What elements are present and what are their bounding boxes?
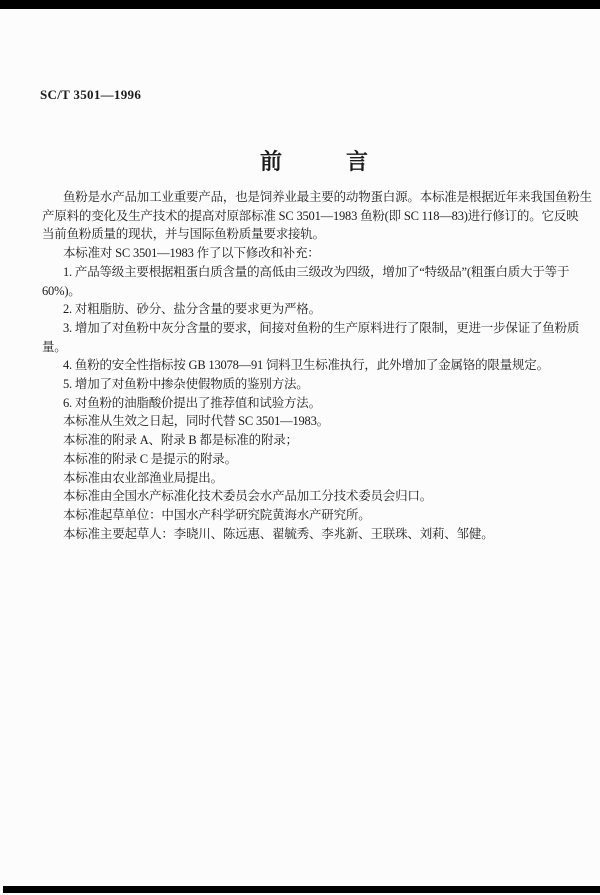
text-line: 2. 对粗脂肪、砂分、盐分含量的要求更为严格。 [42, 300, 556, 319]
text-line: 60%)。 [42, 282, 556, 301]
text-line: 本标准起草单位：中国水产科学研究院黄海水产研究所。 [42, 506, 556, 525]
text-line: 本标准的附录 A、附录 B 都是标准的附录； [42, 431, 556, 450]
text-line: 1. 产品等级主要根据粗蛋白质含量的高低由三级改为四级，增加了“特级品”(粗蛋白… [42, 263, 556, 282]
page-title: 前 言 [260, 149, 368, 175]
text-line: 鱼粉是水产品加工业重要产品，也是饲养业最主要的动物蛋白源。本标准是根据近年来我国… [42, 188, 556, 207]
document-page: SC/T 3501—1996 前 言 鱼粉是水产品加工业重要产品，也是饲养业最主… [0, 0, 600, 895]
scan-edge-top [0, 0, 600, 9]
text-line: 本标准由全国水产标准化技术委员会水产品加工分技术委员会归口。 [42, 487, 556, 506]
text-line: 5. 增加了对鱼粉中掺杂使假物质的鉴别方法。 [42, 375, 556, 394]
text-line: 本标准主要起草人：李晓川、陈远惠、翟毓秀、李兆新、王联珠、刘莉、邹健。 [42, 525, 556, 544]
text-line: 当前鱼粉质量的现状，并与国际鱼粉质量要求接轨。 [42, 225, 556, 244]
text-line: 量。 [42, 338, 556, 357]
text-line: 本标准的附录 C 是提示的附录。 [42, 450, 556, 469]
page-title-char-left: 前 [260, 149, 282, 175]
page-title-char-right: 言 [346, 149, 368, 175]
body-text: 鱼粉是水产品加工业重要产品，也是饲养业最主要的动物蛋白源。本标准是根据近年来我国… [42, 188, 556, 543]
text-line: 本标准从生效之日起，同时代替 SC 3501—1983。 [42, 412, 556, 431]
text-line: 6. 对鱼粉的油脂酸价提出了推荐值和试验方法。 [42, 394, 556, 413]
text-line: 本标准对 SC 3501—1983 作了以下修改和补充： [42, 244, 556, 263]
scan-edge-bottom [3, 886, 600, 893]
text-line: 4. 鱼粉的安全性指标按 GB 13078—91 饲料卫生标准执行，此外增加了金… [42, 356, 556, 375]
text-line: 产原料的变化及生产技术的提高对原部标准 SC 3501—1983 鱼粉(即 SC… [42, 207, 556, 226]
standard-number: SC/T 3501—1996 [40, 87, 141, 103]
text-line: 本标准由农业部渔业局提出。 [42, 469, 556, 488]
text-line: 3. 增加了对鱼粉中灰分含量的要求，间接对鱼粉的生产原料进行了限制，更进一步保证… [42, 319, 556, 338]
